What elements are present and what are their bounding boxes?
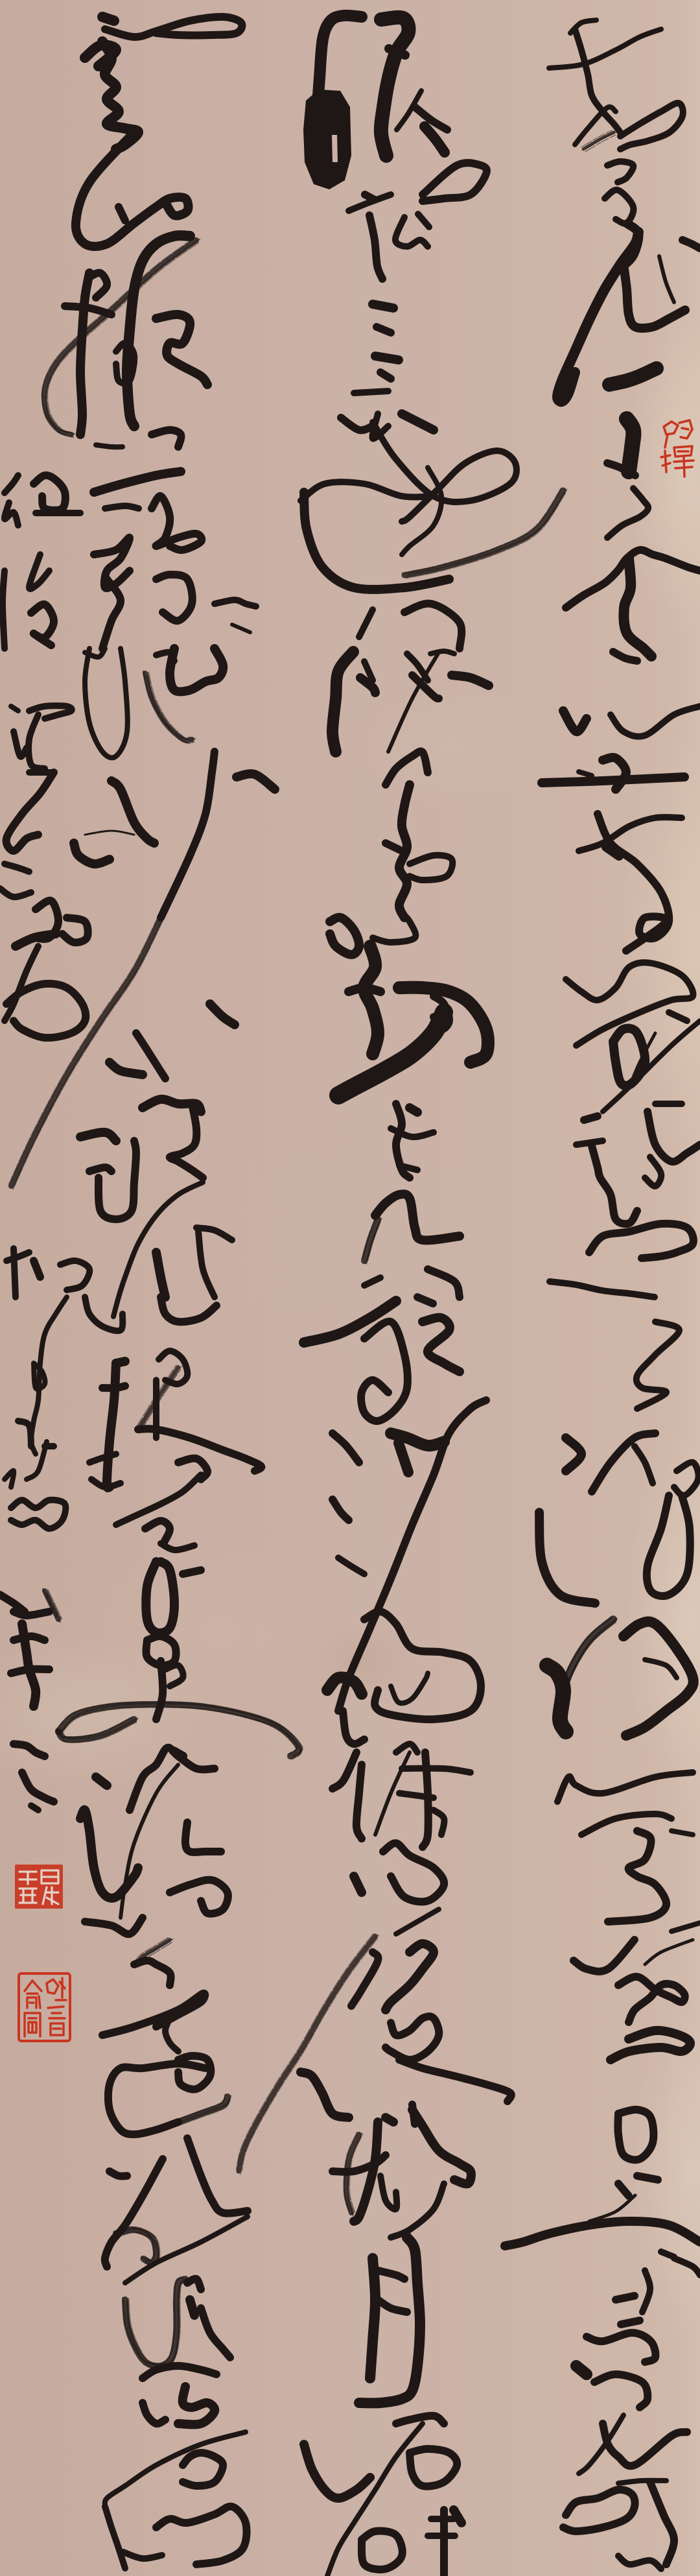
ink-stroke [359,610,373,637]
column-1 [505,20,700,2569]
ink-stroke [338,1558,364,1574]
ink-stroke [434,1810,444,1835]
ink-stroke [301,482,434,501]
ink-stroke [377,327,391,333]
ink-stroke [190,2300,194,2315]
dry-brush-streak [587,132,617,149]
ink-stroke [143,2403,165,2424]
ink-stroke [165,2018,178,2051]
ink-stroke [609,368,657,385]
ink-stroke [611,706,700,737]
ink-stroke [170,649,223,691]
ink-stroke [557,1772,693,1802]
ink-stroke [616,2296,635,2300]
ink-stroke [96,445,122,447]
ink-stroke [618,2110,653,2160]
ink-stroke [563,711,587,732]
ink-stroke [14,1612,49,1616]
ink-stroke [198,1232,215,1297]
seal-glyph-stroke [664,422,678,435]
ink-stroke [110,2171,127,2176]
ink-stroke [396,1744,417,1752]
ink-stroke [645,1660,677,1678]
ink-stroke [96,1777,107,1785]
ink-stroke [130,1748,215,1810]
ink-stroke [102,1386,125,1388]
ink-stroke [65,306,111,315]
ink-stroke [386,843,402,851]
ink-stroke [624,1621,694,1735]
ink-stroke [6,984,86,1038]
ink-stroke [364,946,378,1054]
ink-stroke [361,1322,408,1422]
ink-stroke [396,2416,444,2424]
ink-stroke [647,1496,690,1596]
ink-stroke [6,1252,29,1261]
ink-stroke [410,855,452,880]
ink-stroke [11,1669,49,1673]
ink-stroke [375,356,399,360]
ink-stroke [383,1843,444,1902]
ink-stroke [412,2110,471,2184]
ink-stroke [343,1711,364,1744]
ink-stroke [579,772,592,776]
ink-stroke [99,1141,136,1219]
ink-stroke [341,418,373,430]
ink-stroke [85,1918,143,1934]
ink-stroke [618,2556,661,2569]
ink-stroke [105,506,139,508]
dry-brush-streak [408,490,566,575]
ink-stroke [44,240,196,435]
dry-brush-streak [406,493,565,578]
ink-stroke [642,2271,650,2312]
ink-stroke [304,492,449,590]
ink-stroke [428,1269,460,1297]
ink-stroke [669,1012,687,1021]
ink-stroke [304,2444,370,2498]
ink-stroke [146,1562,174,1633]
ink-stroke [170,1880,228,1914]
ink-stroke [587,2333,655,2362]
ink-stroke [156,575,192,621]
ink-stroke [14,1248,16,1297]
seal-glyph-stroke [682,428,688,429]
ink-stroke [396,1909,439,1934]
ink-stroke [187,2279,201,2289]
ink-stroke [22,1772,54,1802]
seal-glyph-stroke [661,455,670,457]
ink-stroke [364,1612,481,1719]
ink-stroke [6,772,54,851]
calligraphy-artwork: Vertical hanging scroll of Chinese wild-… [0,0,700,2576]
ink-stroke [0,888,31,897]
ink-stroke [85,831,134,835]
ink-stroke [74,843,110,864]
ink-stroke [386,2016,439,2060]
ink-stroke [674,1462,699,1496]
ink-stroke [611,2031,690,2060]
ink-stroke [386,2117,393,2122]
ink-stroke [5,864,29,872]
ink-stroke [183,2453,223,2486]
ink-stroke [156,1252,165,1297]
ink-stroke [116,1361,125,1363]
ink-stroke [119,207,125,221]
ink-stroke [80,273,89,435]
column-3 [9,17,302,2568]
ink-stroke [549,29,661,68]
seal-left-lower [19,1974,70,2041]
ink-stroke [539,1512,595,1603]
ink-stroke [381,18,409,156]
ink-stroke [365,195,375,200]
ink-stroke [574,1940,635,1972]
ink-stroke [161,752,215,918]
ink-stroke [645,1157,661,1186]
ink-stroke [418,214,429,227]
ink-stroke [430,651,454,654]
ink-stroke [607,161,633,182]
ink-stroke [650,2482,674,2564]
ink-stroke [165,1665,183,1686]
ink-stroke [637,2176,658,2180]
ink-stroke [332,1752,356,1789]
ink-stroke [402,414,434,430]
ink-blob [303,89,351,189]
ink-stroke [592,1146,637,1224]
column-4-inscription [0,475,89,1810]
ink-stroke [594,2374,647,2407]
dry-brush-streak [47,1593,60,1622]
ink-stroke [5,1471,14,1487]
seal-glyph-stroke [47,1978,66,2000]
ink-stroke [237,774,275,789]
ink-stroke [354,391,388,393]
column-2 [237,16,566,2576]
ink-stroke [389,49,405,55]
ink-stroke [627,419,633,471]
ink-stroke [423,163,487,201]
ink-stroke [107,1363,116,1488]
ink-stroke [29,555,49,589]
ink-stroke [187,2138,248,2213]
ink-stroke [89,1167,111,1171]
ink-stroke [338,1012,444,1095]
ink-stroke [410,1108,417,1112]
ink-stroke [102,1994,205,2035]
ink-stroke [94,471,181,492]
seal-glyph-stroke [665,451,666,472]
ink-stroke [412,2105,415,2124]
ink-stroke [18,1421,31,1446]
ink-stroke [386,752,428,785]
ink-stroke [34,475,65,510]
ink-stroke [232,625,250,632]
ink-stroke [399,2060,511,2101]
ink-stroke [108,2064,205,2134]
ink-stroke [356,1765,362,1839]
ink-stroke [624,558,651,656]
ink-stroke [399,1443,408,1472]
ink-stroke [402,468,441,555]
ink-stroke [125,2217,248,2283]
ink-stroke [671,1831,693,1835]
ink-stroke [161,1544,194,1550]
ink-stroke [152,430,181,447]
ink-stroke [318,16,362,104]
ink-stroke [620,103,683,149]
ink-stroke [410,2449,457,2487]
ink-stroke [391,1673,428,1703]
ink-stroke [123,2552,162,2558]
ink-stroke [362,2531,402,2570]
ink-stroke [301,2072,349,2117]
ink-stroke [354,1876,362,1892]
ink-stroke [178,2387,215,2424]
seal-glyph-stroke [25,1981,41,2008]
ink-stroke [85,649,128,757]
ink-stroke [116,1475,201,1525]
ink-stroke [170,1104,203,1178]
ink-stroke [80,1132,116,1141]
ink-stroke [332,1433,359,1462]
ink-stroke [370,2258,375,2378]
ink-stroke [11,1500,65,1529]
seal-glyph-stroke [665,435,668,447]
ink-stroke [375,1194,460,1240]
seal-glyph-stroke [25,2013,40,2036]
ink-stroke [380,372,391,379]
ink-stroke [156,315,207,385]
ink-stroke [682,240,700,248]
ink-stroke [423,1318,460,1372]
ink-stroke [605,190,633,224]
ink-stroke [110,1062,143,1075]
ink-stroke [330,918,359,955]
ink-stroke [659,256,674,302]
ink-stroke [373,422,517,521]
ink-stroke [105,17,242,37]
ink-stroke [349,988,380,992]
ink-stroke [566,1438,581,1471]
seal-glyph-stroke [48,2007,65,2035]
ink-stroke [3,571,5,649]
ink-stroke [183,1570,201,1574]
ink-stroke [417,1297,433,1304]
ink-stroke [31,1806,38,1810]
ink-stroke [152,496,202,550]
ink-stroke [581,1814,671,1835]
ink-stroke [5,503,18,525]
ink-stroke [607,488,648,538]
ink-stroke [373,304,393,308]
ink-stroke [404,604,461,649]
ink-stroke [174,1751,183,1756]
ink-stroke [423,1752,428,1847]
ink-stroke [584,1116,598,1120]
ink-stroke [34,1261,40,1277]
ink-stroke [145,1521,170,1544]
ink-stroke [378,2300,407,2312]
ink-stroke [14,1744,45,1756]
ink-stroke [5,475,18,493]
ink-stroke [332,1499,349,1520]
seal-glyph-stroke [675,467,692,468]
ink-stroke [624,269,685,328]
ink-stroke [156,652,174,661]
ink-stroke [76,132,189,246]
ink-stroke [399,1165,417,1170]
ink-stroke [645,1940,693,1964]
ink-stroke [31,604,54,645]
ink-stroke [576,2366,587,2374]
ink-stroke [369,215,382,279]
ink-stroke [185,1822,221,1852]
ink-stroke [29,715,45,769]
ink-stroke [563,2490,635,2531]
ink-stroke [89,273,107,298]
ink-stroke [550,1282,655,1297]
ink-stroke [618,2184,629,2196]
ink-stroke [566,962,693,1045]
ink-stroke [608,1831,666,1922]
ink-stroke [364,1219,378,1261]
ink-stroke [598,814,669,951]
ink-stroke [14,1636,45,1640]
dry-brush-streak [140,1370,180,1432]
seal-left-upper [15,1865,63,1909]
ink-stroke [62,918,88,942]
ink-stroke [373,913,415,942]
ink-stroke [143,2366,216,2378]
ink-stroke [156,1661,163,1719]
ink-stroke [505,2221,700,2246]
ink-stroke [102,17,114,21]
seal-glyph-stroke [662,463,670,466]
calligraphy-scroll: Vertical hanging scroll of Chinese wild-… [0,0,700,2576]
ink-stroke [201,2308,230,2357]
ink-stroke [621,2320,640,2324]
dry-brush-streak [42,238,194,433]
ink-stroke [332,652,353,752]
ink-stroke [452,675,489,686]
ink-stroke [161,1297,216,1322]
ink-stroke [618,1977,685,2022]
ink-stroke [156,2507,247,2564]
ink-stroke [671,1923,700,1931]
ink-stroke [105,2507,125,2568]
ink-stroke [579,817,682,851]
ink-stroke [613,652,637,661]
ink-stroke [11,706,18,711]
ink-stroke [14,732,27,757]
ink-stroke [364,1278,380,1285]
ink-stroke [386,1944,434,2010]
ink-stroke [210,1004,235,1025]
ink-stroke [647,1112,700,1162]
ink-stroke [674,2258,700,2275]
ink-stroke [589,1224,694,1258]
ink-stroke [542,777,684,783]
ink-stroke [636,1322,679,1409]
ink-stroke [618,2481,666,2483]
ink-stroke [635,1446,653,1483]
ink-stroke [388,652,439,752]
seal-top-right [661,420,694,477]
ink-stroke [215,600,256,606]
ink-stroke [338,1400,486,1711]
ink-stroke [60,1261,89,1290]
ink-stroke [378,2271,404,2279]
ink-stroke [380,2176,397,2209]
ink-stroke [402,1769,471,1772]
